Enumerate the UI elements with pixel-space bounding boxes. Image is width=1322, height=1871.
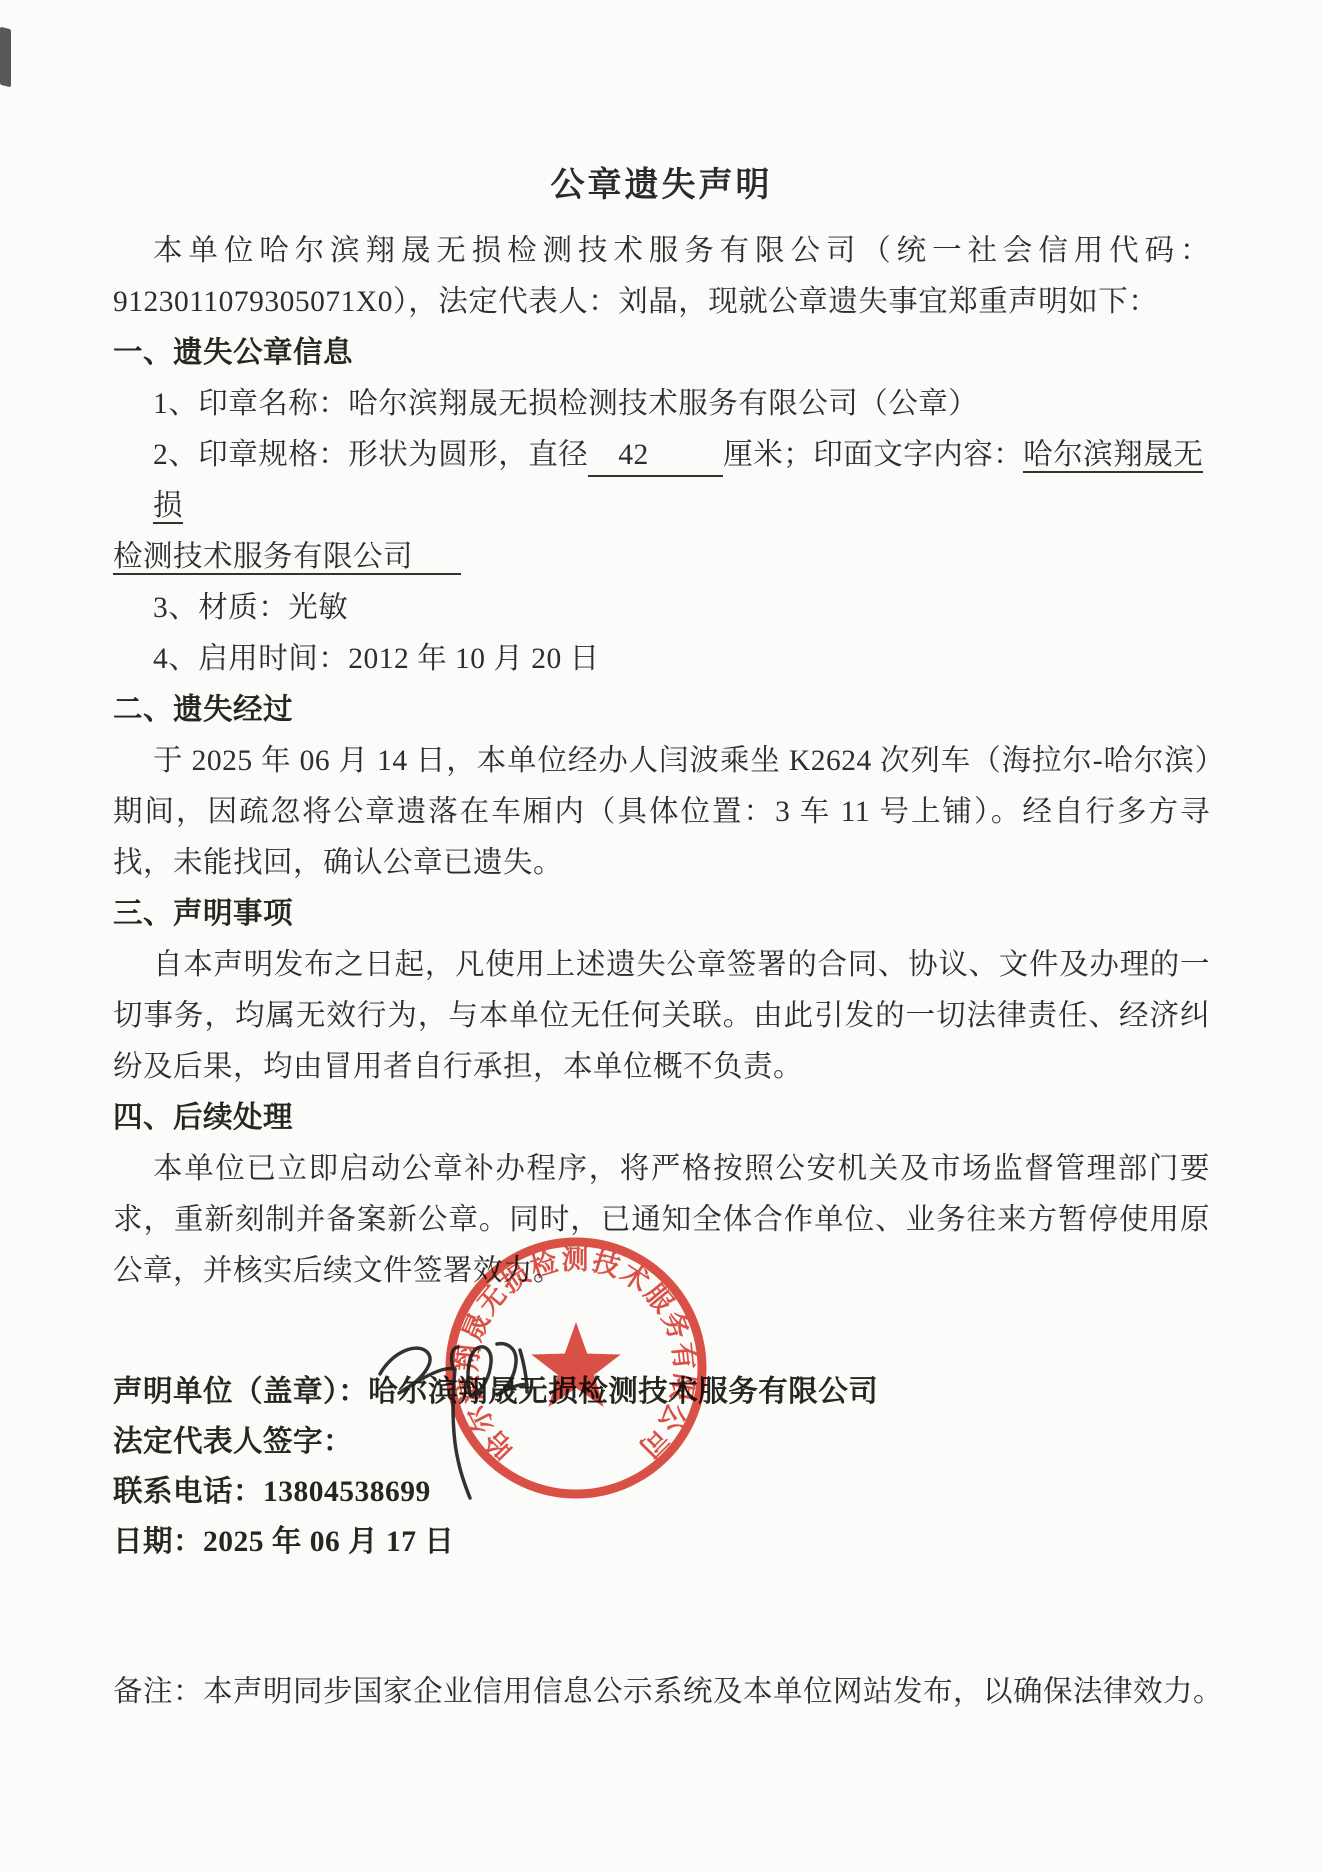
date-line: 日期：2025 年 06 月 17 日 [113,1517,1210,1567]
section-3-heading: 三、声明事项 [113,889,1210,940]
material-item: 3、材质：光敏 [113,583,1210,634]
section-1-heading: 一、遗失公章信息 [113,328,1210,379]
section-4-heading: 四、后续处理 [113,1093,1210,1144]
activation-date-item: 4、启用时间：2012 年 10 月 20 日 [113,634,1210,685]
note-line: 备注：本声明同步国家企业信用信息公示系统及本单位网站发布，以确保法律效力。 [113,1667,1210,1718]
seal-spec-suffix: 厘米；印面文字内容： [723,439,1023,471]
seal-spec-item: 2、印章规格：形状为圆形，直径42厘米；印面文字内容：哈尔滨翔晟无损 [113,430,1210,532]
seal-star-icon [531,1322,620,1407]
seal-name-item: 1、印章名称：哈尔滨翔晟无损检测技术服务有限公司（公章） [113,379,1210,430]
diameter-blank-field: 42 [588,435,723,477]
seal-spec-continuation: 检测技术服务有限公司 [113,532,1210,583]
scan-corner-artifact [0,27,11,88]
page-title: 公章遗失声明 [113,158,1210,214]
loss-process-paragraph: 于 2025 年 06 月 14 日，本单位经办人闫波乘坐 K2624 次列车（… [113,736,1210,889]
seal-spec-prefix: 2、印章规格：形状为圆形，直径 [153,439,588,471]
company-seal-stamp: 哈尔滨翔晟无损检测技术服务有限公司 [431,1223,721,1513]
document-page: 公章遗失声明 本单位哈尔滨翔晟无损检测技术服务有限公司（统一社会信用代码：912… [0,0,1322,1871]
declaration-paragraph: 自本声明发布之日起，凡使用上述遗失公章签署的合同、协议、文件及办理的一切事务，均… [113,940,1210,1093]
seal-face-text-part2: 检测技术服务有限公司 [113,541,461,575]
intro-paragraph: 本单位哈尔滨翔晟无损检测技术服务有限公司（统一社会信用代码：9123011079… [113,226,1210,328]
section-2-heading: 二、遗失经过 [113,685,1210,736]
